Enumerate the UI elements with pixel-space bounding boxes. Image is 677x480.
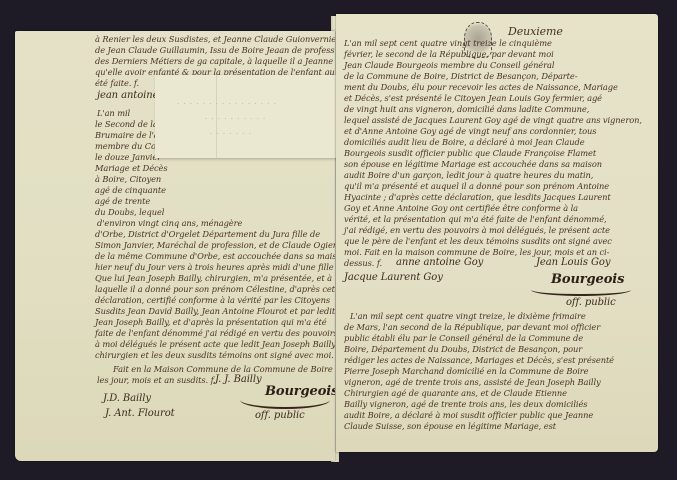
signature: jean antoine <box>97 90 158 101</box>
signature: off. public <box>566 297 616 308</box>
margin-line: Mariage et Décès <box>95 163 168 174</box>
text-line: Jean Joseph Bailly, et d'après la présen… <box>95 317 327 328</box>
text-line: laquelle il a donné pour son prénom Céle… <box>95 284 335 295</box>
signature: off. public <box>255 410 305 421</box>
text-line: les jour, mois et an susdits. f. <box>97 375 216 386</box>
text-line: déclaration, certifié conforme à la véri… <box>95 295 330 306</box>
text-line: faite de l'enfant dénommé j'ai rédigé en… <box>95 328 335 339</box>
text-line: Hyacinte ; d'après cette déclaration, qu… <box>344 192 611 203</box>
text-line: Chirurgien agé de quarante ans, et de Cl… <box>344 388 567 399</box>
text-line: à Renier les deux Susdistes, et Jeanne C… <box>95 34 335 45</box>
margin-line: L'an mil <box>97 108 130 119</box>
text-line: février, le second de la République, par… <box>344 49 554 60</box>
text-line: lequel assisté de Jacques Laurent Goy ag… <box>344 115 642 126</box>
text-line: et d'Anne Antoine Goy agé de vingt neuf … <box>344 126 596 137</box>
right-page: Deuxieme L'an mil sept cent quatre vingt… <box>336 14 658 452</box>
inserted-paper-slip: · · · · · · · · · · · · · · · · · · · · … <box>155 75 340 158</box>
signature: Jacque Laurent Goy <box>344 272 443 283</box>
text-line: audit Boire, a déclaré à moi susdit offi… <box>344 410 593 421</box>
margin-line: agé de trente <box>95 196 150 207</box>
faint-text: · · · · · · · · · · · · · · · · <box>177 100 277 108</box>
text-line: et Décès, s'est présenté le Citoyen Jean… <box>344 93 602 104</box>
text-line: ment du Doubs, élu pour recevoir les act… <box>344 82 618 93</box>
text-line: à moi délégués le présent acte que ledit… <box>95 339 335 350</box>
text-line: que le père de l'enfant et les deux témo… <box>344 236 612 247</box>
signature: Jean Louis Goy <box>536 257 610 268</box>
text-line: j'ai rédigé, en vertu des pouvoirs à moi… <box>344 225 610 236</box>
text-line: Goy et Anne Antoine Goy ont certifiée êt… <box>344 203 578 214</box>
margin-line: d'environ vingt cinq ans, ménagère <box>97 218 242 229</box>
faint-text: · · · · · · · · · · <box>205 115 266 123</box>
text-line: de la Commune de Boire, District de Besa… <box>344 71 577 82</box>
margin-line: du Doubs, lequel <box>95 207 164 218</box>
margin-line: Brumaire de l'an <box>95 130 164 141</box>
text-line: Que lui Jean Joseph Bailly, chirurgien, … <box>95 273 332 284</box>
signature-flourish <box>531 284 631 296</box>
text-line: vérité, et la présentation qui m'a été f… <box>344 214 607 225</box>
text-line: rédiger les actes de Naissance, Mariages… <box>344 355 614 366</box>
text-line: Boire, Département du Doubs, District de… <box>344 344 582 355</box>
text-line: vigneron, agé de trente trois ans, assis… <box>344 377 601 388</box>
text-line: Bailly vigneron, agé de trente trois ans… <box>344 399 587 410</box>
text-line: L'an mil sept cent quatre vingt treize l… <box>344 38 552 49</box>
margin-line: agé de cinquante <box>95 185 166 196</box>
text-line: été faite. f. <box>95 78 139 89</box>
text-line: hier neuf du Jour vers à trois heures ap… <box>95 262 334 273</box>
text-line: Simon Janvier, Maréchal de profession, e… <box>95 240 335 251</box>
text-line: Claude Suisse, son épouse en légitime Ma… <box>344 421 556 432</box>
text-line: domiciliés audit lieu de Boire, a déclar… <box>344 137 585 148</box>
margin-line: à Boire, Citoyen <box>95 174 161 185</box>
signature: anne antoine Goy <box>396 257 483 268</box>
text-line: de Jean Claude Guillaumin, Issu de Boire… <box>95 45 335 56</box>
signature-flourish <box>240 391 330 409</box>
text-line: de vingt huit ans vigneron, domicilié da… <box>344 104 589 115</box>
text-line: d'Orbe, District d'Orgelet Département d… <box>95 229 320 240</box>
text-line: son épouse en légitime Mariage est accou… <box>344 159 602 170</box>
text-line: public établi élu par le Conseil général… <box>344 333 583 344</box>
text-line: de Mars, l'an second de la République, p… <box>344 322 600 333</box>
text-line: Pierre Joseph Marchand domicilié en la C… <box>344 366 588 377</box>
margin-line: le Second de la <box>95 119 158 130</box>
signature: J. J. Bailly <box>215 374 262 385</box>
text-line: Susdits Jean David Bailly, Jean Antoine … <box>95 306 335 317</box>
signature: J. Ant. Flourot <box>105 408 175 419</box>
text-line: L'an mil sept cent quatre vingt treize, … <box>350 311 586 322</box>
margin-line: le douze Janvier <box>95 152 161 163</box>
faint-text: · · · · · · · <box>210 130 252 138</box>
text-line: de la même Commune d'Orbe, est accouchée… <box>95 251 335 262</box>
heading: Deuxieme <box>508 26 563 37</box>
text-line: dessus. f. <box>344 258 382 269</box>
text-line: Bourgeois susdit officier public que Cla… <box>344 148 596 159</box>
text-line: audit Boire d'un garçon, ledit jour à qu… <box>344 170 593 181</box>
text-line: Jean Claude Bourgeois membre du Conseil … <box>344 60 554 71</box>
text-line: chirurgien et les deux susdits témoins o… <box>95 350 335 361</box>
signature: J.D. Bailly <box>103 393 151 404</box>
text-line: qu'il m'a présenté et auquel il a donné … <box>344 181 609 192</box>
text-line: des Derniers Métiers de ga capitale, à l… <box>95 56 335 67</box>
